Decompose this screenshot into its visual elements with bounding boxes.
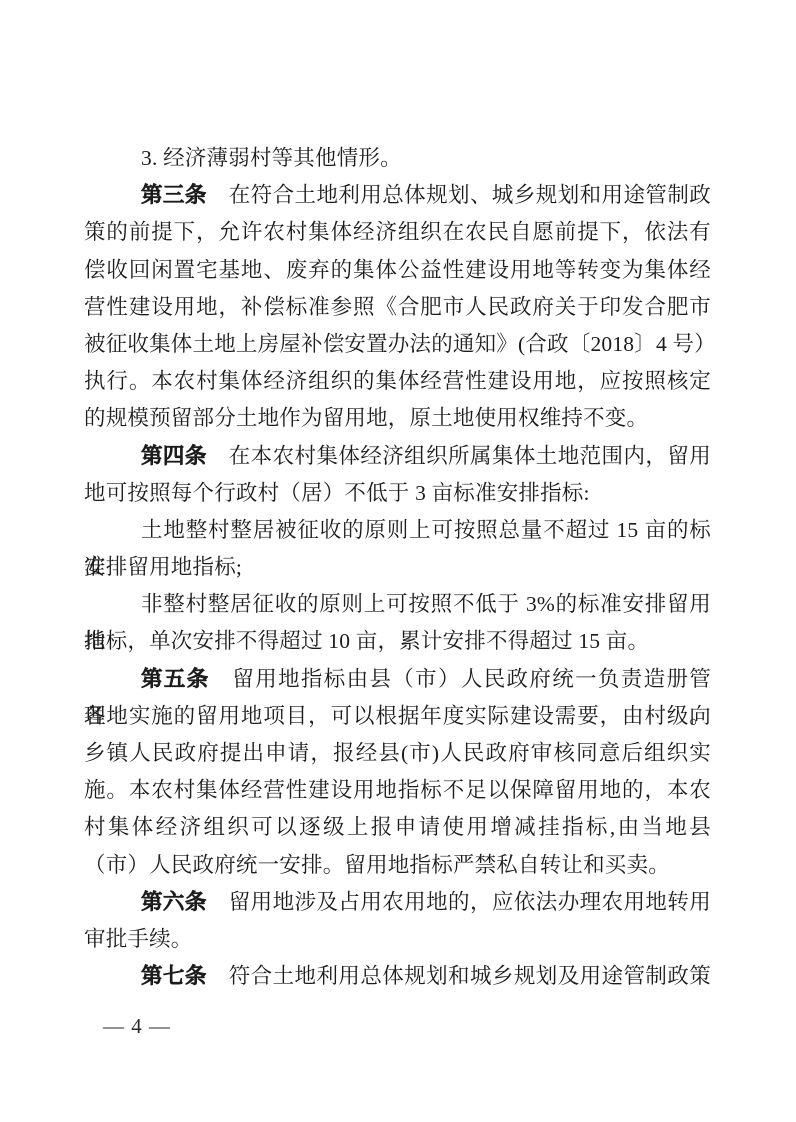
article-line: 第六条 留用地涉及占用农用地的，应依法办理农用地转用 bbox=[84, 884, 711, 921]
article-number: 第七条 bbox=[141, 964, 207, 988]
line-text: 的规模预留部分土地作为留用地，原土地使用权维持不变。 bbox=[84, 406, 648, 430]
document-line: 的规模预留部分土地作为留用地，原土地使用权维持不变。 bbox=[84, 400, 711, 437]
document-line: 地可按照每个行政村（居）不低于 3 亩标准安排指标: bbox=[84, 475, 711, 512]
document-page: 3. 经济薄弱村等其他情形。第三条 在符合土地利用总体规划、城乡规划和用途管制政… bbox=[0, 0, 796, 1122]
line-text: 指标，单次安排不得超过 10 亩，累计安排不得超过 15 亩。 bbox=[84, 629, 649, 653]
line-text: 乡镇人民政府提出申请，报经县(市)人民政府审核同意后组织实 bbox=[84, 741, 711, 765]
document-line: 偿收回闲置宅基地、废弃的集体公益性建设用地等转变为集体经 bbox=[84, 252, 711, 289]
line-text: 留用地涉及占用农用地的，应依法办理农用地转用 bbox=[207, 890, 711, 914]
line-text: 营性建设用地，补偿标准参照《合肥市人民政府关于印发合肥市 bbox=[84, 295, 711, 319]
document-line: 村集体经济组织可以逐级上报申请使用增减挂指标,由当地县 bbox=[84, 809, 711, 846]
line-text: 安排留用地指标; bbox=[84, 555, 242, 579]
article-line: 第七条 符合土地利用总体规划和城乡规划及用途管制政策 bbox=[84, 958, 711, 995]
document-line: 3. 经济薄弱村等其他情形。 bbox=[84, 140, 711, 177]
document-line: 指标，单次安排不得超过 10 亩，累计安排不得超过 15 亩。 bbox=[84, 623, 711, 660]
document-line: 非整村整居征收的原则上可按照不低于 3%的标准安排留用地 bbox=[84, 586, 711, 623]
line-text: 偿收回闲置宅基地、废弃的集体公益性建设用地等转变为集体经 bbox=[84, 258, 711, 282]
document-line: 被征收集体土地上房屋补偿安置办法的通知》(合政〔2018〕4 号） bbox=[84, 326, 711, 363]
text-block: 3. 经济薄弱村等其他情形。第三条 在符合土地利用总体规划、城乡规划和用途管制政… bbox=[84, 140, 711, 995]
document-line: 施。本农村集体经营性建设用地指标不足以保障留用地的，本农 bbox=[84, 772, 711, 809]
line-text: 审批手续。 bbox=[84, 927, 193, 951]
line-text: （市）人民政府统一安排。留用地指标严禁私自转让和买卖。 bbox=[84, 853, 670, 877]
document-line: 安排留用地指标; bbox=[84, 549, 711, 586]
document-line: 审批手续。 bbox=[84, 921, 711, 958]
page-number: — 4 — bbox=[103, 1014, 171, 1039]
document-line: 策的前提下，允许农村集体经济组织在农民自愿前提下，依法有 bbox=[84, 214, 711, 251]
article-line: 第三条 在符合土地利用总体规划、城乡规划和用途管制政 bbox=[84, 177, 711, 214]
line-text: 地可按照每个行政村（居）不低于 3 亩标准安排指标: bbox=[84, 481, 590, 505]
article-line: 第五条 留用地指标由县（市）人民政府统一负责造册管理。 bbox=[84, 661, 711, 698]
line-text: 3. 经济薄弱村等其他情形。 bbox=[141, 146, 402, 170]
article-line: 第四条 在本农村集体经济组织所属集体土地范围内，留用 bbox=[84, 438, 711, 475]
line-text: 执行。本农村集体经济组织的集体经营性建设用地，应按照核定 bbox=[84, 369, 711, 393]
document-line: 乡镇人民政府提出申请，报经县(市)人民政府审核同意后组织实 bbox=[84, 735, 711, 772]
line-text: 被征收集体土地上房屋补偿安置办法的通知》(合政〔2018〕4 号） bbox=[84, 332, 716, 356]
document-line: 营性建设用地，补偿标准参照《合肥市人民政府关于印发合肥市 bbox=[84, 289, 711, 326]
line-text: 施。本农村集体经营性建设用地指标不足以保障留用地的，本农 bbox=[84, 778, 711, 802]
line-text: 在符合土地利用总体规划、城乡规划和用途管制政 bbox=[207, 183, 711, 207]
line-text: 在本农村集体经济组织所属集体土地范围内，留用 bbox=[207, 444, 711, 468]
article-number: 第六条 bbox=[141, 890, 207, 914]
document-line: 执行。本农村集体经济组织的集体经营性建设用地，应按照核定 bbox=[84, 363, 711, 400]
article-number: 第五条 bbox=[141, 667, 210, 691]
document-line: 各地实施的留用地项目，可以根据年度实际建设需要，由村级向 bbox=[84, 698, 711, 735]
line-text: 符合土地利用总体规划和城乡规划及用途管制政策 bbox=[207, 964, 711, 988]
line-text: 村集体经济组织可以逐级上报申请使用增减挂指标,由当地县 bbox=[84, 815, 711, 839]
document-line: （市）人民政府统一安排。留用地指标严禁私自转让和买卖。 bbox=[84, 847, 711, 884]
line-text: 各地实施的留用地项目，可以根据年度实际建设需要，由村级向 bbox=[84, 704, 711, 728]
article-number: 第三条 bbox=[141, 183, 207, 207]
article-number: 第四条 bbox=[141, 444, 207, 468]
document-line: 土地整村整居被征收的原则上可按照总量不超过 15 亩的标准 bbox=[84, 512, 711, 549]
line-text: 策的前提下，允许农村集体经济组织在农民自愿前提下，依法有 bbox=[84, 220, 711, 244]
